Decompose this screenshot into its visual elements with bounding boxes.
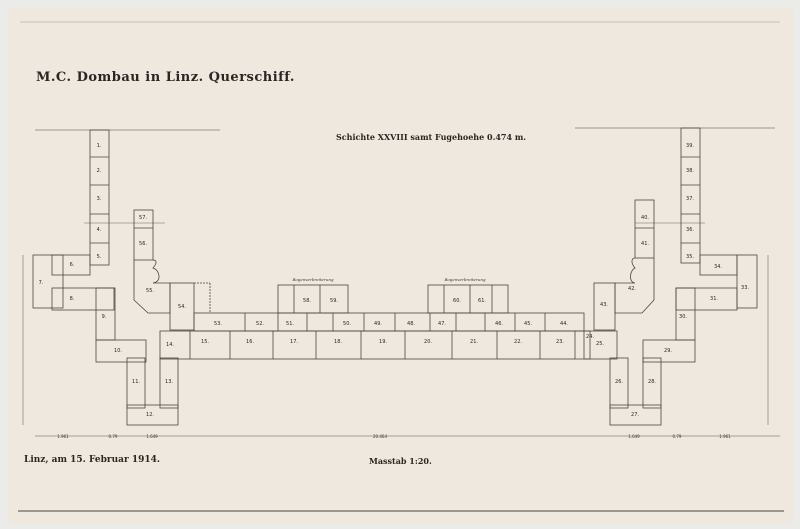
svg-text:38.: 38. — [686, 168, 694, 174]
svg-text:40.: 40. — [641, 215, 649, 221]
svg-text:6.: 6. — [70, 262, 75, 268]
svg-text:53.: 53. — [214, 321, 222, 327]
date-line: Linz, am 15. Februar 1914. — [24, 455, 160, 465]
svg-text:48.: 48. — [407, 321, 415, 327]
svg-text:51.: 51. — [286, 321, 294, 327]
svg-text:41.: 41. — [641, 241, 649, 247]
svg-text:3.: 3. — [97, 196, 102, 202]
svg-text:45.: 45. — [524, 321, 532, 327]
svg-text:15.: 15. — [201, 339, 209, 345]
svg-text:47.: 47. — [438, 321, 446, 327]
svg-text:58.: 58. — [303, 298, 311, 304]
svg-text:26.: 26. — [615, 379, 623, 385]
svg-text:13.: 13. — [165, 379, 173, 385]
svg-text:29.: 29. — [664, 348, 672, 354]
svg-text:52.: 52. — [256, 321, 264, 327]
svg-text:11.: 11. — [132, 379, 140, 385]
svg-text:24.: 24. — [586, 334, 594, 340]
svg-text:37.: 37. — [686, 196, 694, 202]
svg-text:35.: 35. — [686, 254, 694, 260]
svg-text:61.: 61. — [478, 298, 486, 304]
svg-text:17.: 17. — [290, 339, 298, 345]
svg-text:1.: 1. — [97, 143, 102, 149]
svg-text:56.: 56. — [139, 241, 147, 247]
svg-text:5.: 5. — [97, 254, 102, 260]
svg-text:Bogenverbreiterung: Bogenverbreiterung — [443, 277, 486, 282]
svg-text:55.: 55. — [146, 288, 154, 294]
svg-text:7.: 7. — [39, 280, 44, 286]
svg-text:54.: 54. — [178, 304, 186, 310]
svg-text:20.464: 20.464 — [373, 434, 387, 439]
svg-text:1.649: 1.649 — [628, 434, 640, 439]
svg-text:46.: 46. — [495, 321, 503, 327]
svg-text:42.: 42. — [628, 286, 636, 292]
svg-text:28.: 28. — [648, 379, 656, 385]
svg-text:18.: 18. — [334, 339, 342, 345]
svg-text:44.: 44. — [560, 321, 568, 327]
svg-text:60.: 60. — [453, 298, 461, 304]
svg-text:1.961: 1.961 — [719, 434, 731, 439]
svg-text:23.: 23. — [556, 339, 564, 345]
svg-text:0.79: 0.79 — [673, 434, 682, 439]
svg-text:10.: 10. — [114, 348, 122, 354]
svg-text:1.649: 1.649 — [146, 434, 158, 439]
svg-text:0.79: 0.79 — [109, 434, 118, 439]
svg-text:16.: 16. — [246, 339, 254, 345]
svg-text:22.: 22. — [514, 339, 522, 345]
svg-text:57.: 57. — [139, 215, 147, 221]
svg-text:30.: 30. — [679, 314, 687, 320]
svg-text:2.: 2. — [97, 168, 102, 174]
svg-text:33.: 33. — [741, 285, 749, 291]
svg-text:25.: 25. — [596, 341, 604, 347]
svg-text:9.: 9. — [102, 314, 107, 320]
svg-text:59.: 59. — [330, 298, 338, 304]
svg-text:50.: 50. — [343, 321, 351, 327]
svg-text:27.: 27. — [631, 412, 639, 418]
svg-text:8.: 8. — [70, 296, 75, 302]
svg-text:14.: 14. — [166, 342, 174, 348]
svg-text:21.: 21. — [470, 339, 478, 345]
drawing-title: M.C. Dombau in Linz. Querschiff. — [36, 70, 295, 85]
svg-text:1.961: 1.961 — [57, 434, 69, 439]
svg-text:39.: 39. — [686, 143, 694, 149]
scale-label: Masstab 1:20. — [369, 456, 432, 466]
svg-text:34.: 34. — [714, 264, 722, 270]
svg-text:36.: 36. — [686, 227, 694, 233]
svg-text:4.: 4. — [97, 227, 102, 233]
svg-text:19.: 19. — [379, 339, 387, 345]
svg-text:49.: 49. — [374, 321, 382, 327]
drawing-subtitle: Schichte XXVIII samt Fugehoehe 0.474 m. — [336, 132, 526, 142]
svg-text:31.: 31. — [710, 296, 718, 302]
svg-text:20.: 20. — [424, 339, 432, 345]
svg-text:Bogenverbreiterung: Bogenverbreiterung — [291, 277, 334, 282]
svg-text:12.: 12. — [146, 412, 154, 418]
svg-text:43.: 43. — [600, 302, 608, 308]
